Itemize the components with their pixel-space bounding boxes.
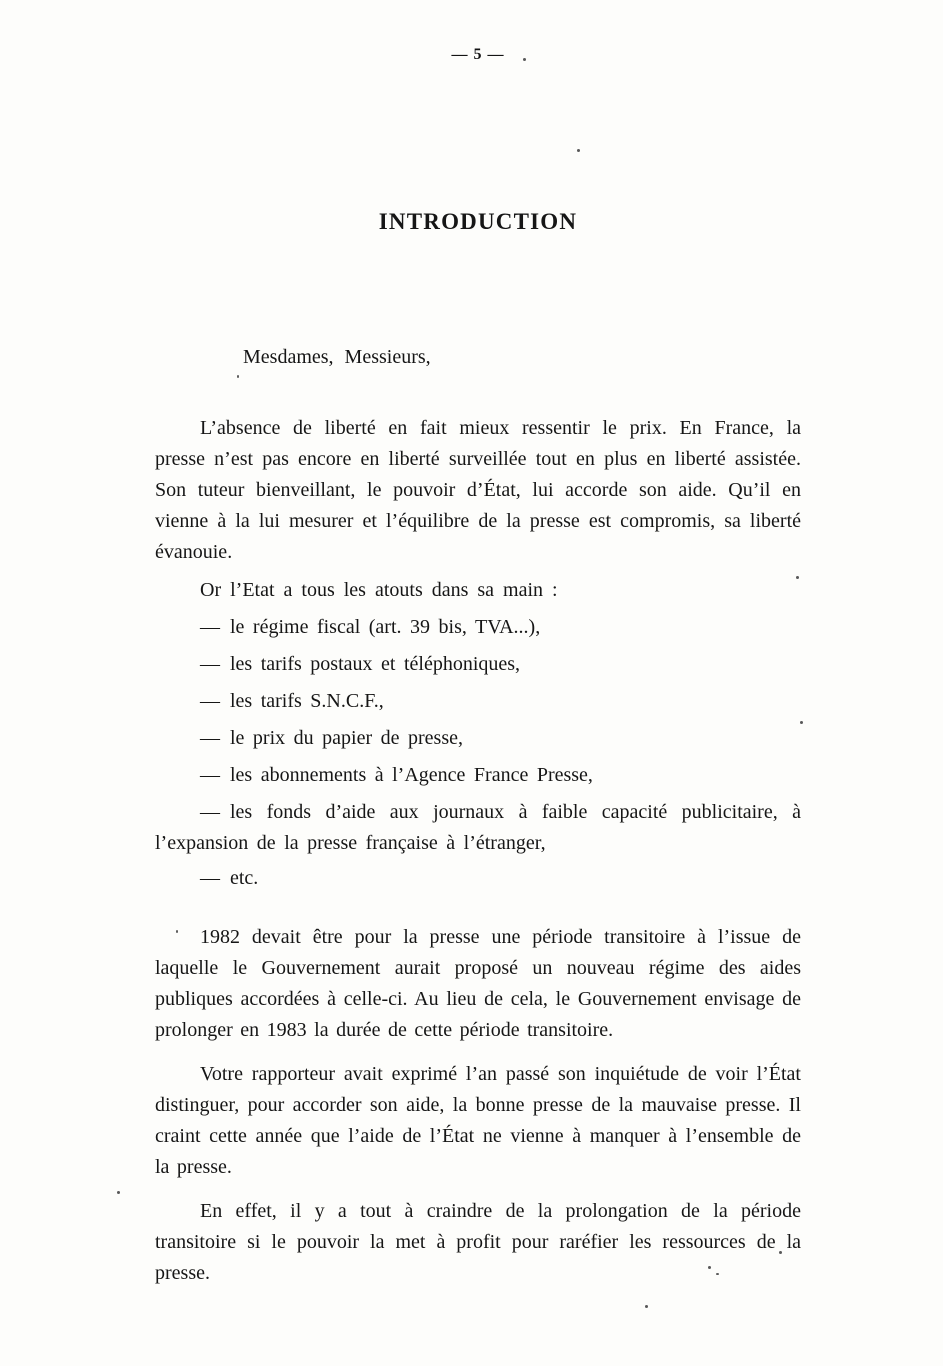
paragraph-1982-transition: 1982 devait être pour la presse une péri… [155,922,801,1046]
paragraph-conclusion: En effet, il y a tout à craindre de la p… [155,1196,801,1289]
scan-artifact-dot [117,1191,120,1194]
document-title: INTRODUCTION [155,210,801,234]
list-item-fonds-aide: — les fonds d’aide aux journaux à faible… [155,797,801,859]
list-item-abonnements-afp: — les abonnements à l’Agence France Pres… [155,760,801,791]
document-body: INTRODUCTION Mesdames, Messieurs, L’abse… [155,0,801,1289]
paragraph-rapporteur: Votre rapporteur avait exprimé l’an pass… [155,1059,801,1183]
scan-artifact-dot [645,1305,648,1308]
scan-artifact-dot [708,1266,711,1269]
scan-artifact-dot [796,576,799,579]
list-item-tarifs-postaux: — les tarifs postaux et téléphoniques, [155,649,801,680]
paragraph-list-intro: Or l’Etat a tous les atouts dans sa main… [155,575,801,606]
scan-artifact-dot [577,149,580,152]
scan-artifact-dot [237,375,239,378]
scan-artifact-dot [523,58,526,61]
list-item-tarifs-sncf: — les tarifs S.N.C.F., [155,686,801,717]
scan-artifact-dot [716,1273,719,1275]
scan-artifact-dot [176,930,178,933]
list-item-prix-papier: — le prix du papier de presse, [155,723,801,754]
paragraph-intro: L’absence de liberté en fait mieux resse… [155,413,801,568]
salutation: Mesdames, Messieurs, [243,342,801,373]
scan-artifact-dot [779,1251,782,1254]
scan-artifact-dot [800,721,803,724]
list-item-etc: — etc. [155,863,801,894]
list-item-regime-fiscal: — le régime fiscal (art. 39 bis, TVA...)… [155,612,801,643]
scanned-document-page: — 5 — INTRODUCTION Mesdames, Messieurs, … [0,0,943,1366]
